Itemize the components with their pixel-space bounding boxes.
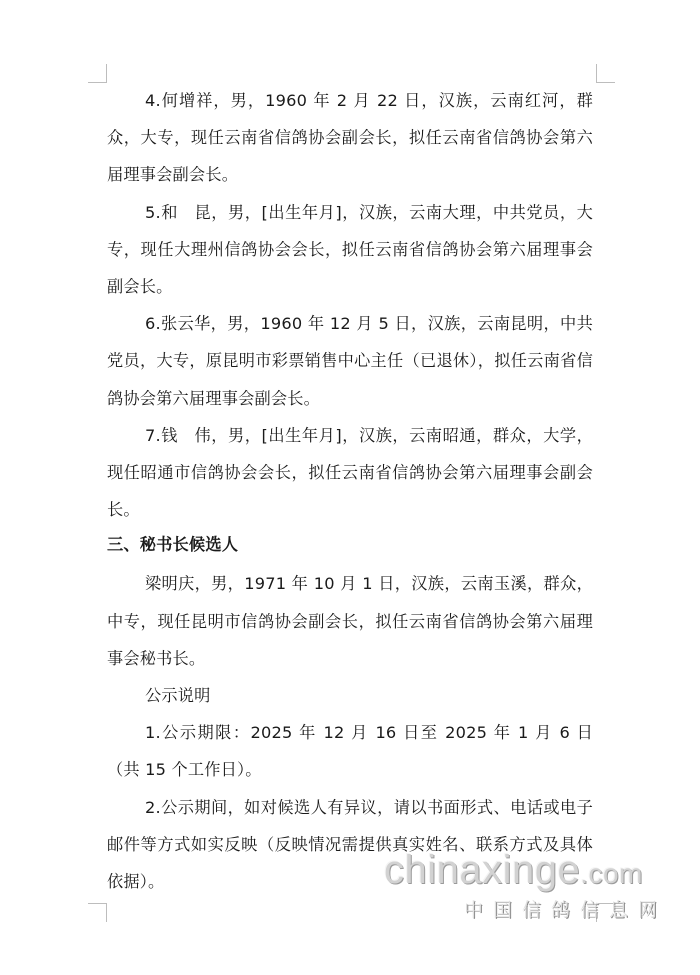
candidate-7-number-surname: 7.钱: [145, 426, 178, 445]
candidate-paragraph-5: 5.和昆，男，[出生年月]，汉族，云南大理，中共党员，大专，现任大理州信鸽协会会…: [107, 194, 593, 306]
corner-mark-top-right: [596, 64, 615, 83]
notice-item-1: 1.公示期限：2025 年 12 月 16 日至 2025 年 1 月 6 日（…: [107, 714, 593, 788]
candidate-7-given-name: 伟: [194, 426, 211, 445]
watermark-domain-main: chinaxinge: [384, 848, 580, 892]
candidate-paragraph-6: 6.张云华，男，1960 年 12 月 5 日，汉族，云南昆明，中共党员，大专，…: [107, 305, 593, 417]
candidate-paragraph-4: 4.何增祥，男，1960 年 2 月 22 日，汉族，云南红河，群众，大专，现任…: [107, 82, 593, 194]
watermark-domain: chinaxinge.com: [384, 850, 643, 894]
section-heading-secretary: 三、秘书长候选人: [107, 528, 593, 565]
watermark-domain-suffix: .com: [580, 858, 643, 889]
notice-title: 公示说明: [107, 677, 593, 714]
candidate-5-details: ，男，[出生年月]，汉族，云南大理，中共党员，大专，现任大理州信鸽协会会长，拟任…: [107, 203, 593, 296]
candidate-5-given-name: 昆: [194, 203, 211, 222]
candidate-5-number-surname: 5.和: [145, 203, 178, 222]
document-body: 4.何增祥，男，1960 年 2 月 22 日，汉族，云南红河，群众，大专，现任…: [107, 82, 593, 900]
secretary-candidate-paragraph: 梁明庆，男，1971 年 10 月 1 日，汉族，云南玉溪，群众，中专，现任昆明…: [107, 565, 593, 677]
candidate-paragraph-7: 7.钱伟，男，[出生年月]，汉族，云南昭通，群众，大学，现任昭通市信鸽协会会长，…: [107, 417, 593, 529]
corner-mark-bottom-left: [88, 903, 107, 922]
document-page: 4.何增祥，男，1960 年 2 月 22 日，汉族，云南红河，群众，大专，现任…: [0, 0, 700, 975]
candidate-7-details: ，男，[出生年月]，汉族，云南昭通，群众，大学，现任昭通市信鸽协会会长，拟任云南…: [107, 426, 593, 519]
watermark-site-name: 中国信鸽信息网: [464, 895, 667, 922]
corner-mark-top-left: [88, 64, 107, 83]
